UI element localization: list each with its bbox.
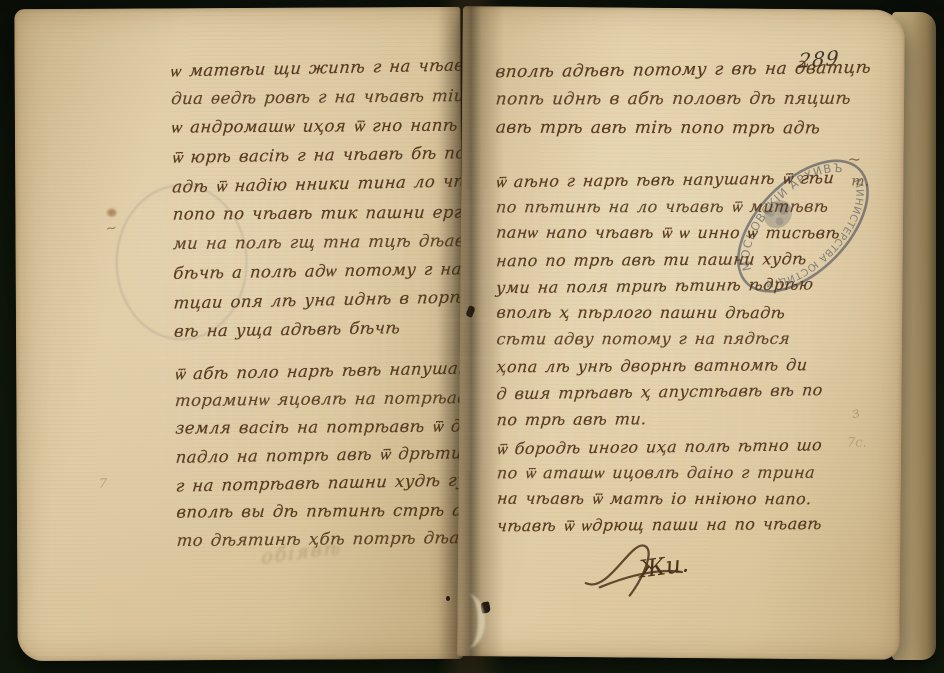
margin-pencil-mark: 7: [99, 477, 107, 492]
manuscript-line: по трѣ авѣ ти.: [496, 404, 870, 433]
manuscript-photo: ~ 7 ѡ матвѣи щи жипѣ г на чѣавѣ ѿ а диа …: [0, 0, 944, 673]
manuscript-line: тораминѡ яцовлѣ на потрѣавѣ ѿ щ: [174, 384, 456, 415]
binding-stitch-hole: [446, 596, 450, 601]
manuscript-line: попѣ иднѣ в абѣ половѣ дѣ пяцшѣ: [494, 85, 868, 115]
right-block-3: ѿ бородѣ иного иҳа полѣ ѣтно шо по ѿ ата…: [497, 433, 869, 538]
manuscript-line: напо по трѣ авѣ ти пашни худѣ: [495, 245, 869, 274]
manuscript-line: ҳопа лѣ унѣ дворнѣ ватномѣ ди: [495, 351, 869, 380]
manuscript-line: земля васіѣ на потрѣавѣ ѿ дѣи: [175, 413, 457, 443]
manuscript-line: вполѣ вы дѣ пѣтинѣ стрѣ апѣго: [176, 497, 458, 527]
manuscript-line: ѡ матвѣи щи жипѣ г на чѣавѣ ѿ а: [170, 51, 453, 86]
flourish-text: Жи.: [635, 549, 690, 584]
right-block-1: вполѣ адѣвѣ потому г вѣ на дватцѣ попѣ и…: [495, 55, 867, 143]
watermark-crescent: [450, 594, 485, 648]
right-manuscript-page: 289 МОСКОВСКІЙ АРХИВЪ МИНИСТЕРСТВА ЮСТИЦ…: [457, 6, 905, 660]
age-spot: [107, 209, 116, 217]
left-manuscript-page: ~ 7 ѡ матвѣи щи жипѣ г на чѣавѣ ѿ а диа …: [14, 7, 463, 661]
right-block-2: ѿ аѣно г нарѣ ѣвѣ напушанѣ ѿ гѣи по пѣти…: [496, 166, 869, 432]
manuscript-line: ѿ аѣно г нарѣ ѣвѣ напушанѣ ѿ гѣи: [495, 165, 870, 196]
left-paragraph-1: ѡ матвѣи щи жипѣ г на чѣавѣ ѿ а диа ѳедѣ…: [171, 52, 455, 345]
manuscript-line: на чѣавѣ ѿ матѣ іо нніюно напо.: [496, 486, 870, 513]
manuscript-line: адѣ ѿ надію нники тина ло чѣ ивѣ: [171, 167, 454, 202]
scribe-flourish: Жи.: [578, 535, 729, 608]
manuscript-line: г на потрѣавѣ пашни худѣ гуми: [175, 467, 458, 501]
manuscript-line: д вшя трѣавѣ ҳ апустѣавѣ вѣ по: [495, 377, 870, 408]
manuscript-line: чѣавѣ ѿ ѡдрющ паши на по чѣавѣ: [496, 511, 870, 540]
manuscript-line: уми на поля триѣ ѣтинѣ ѣдрѣю: [495, 271, 870, 302]
left-paragraph-2: ѿ абѣ поло нарѣ ѣвѣ напушанѣ ѿ тораминѡ …: [175, 356, 457, 555]
manuscript-line: по ѿ аташѡ ицовлѣ даіно г трина: [496, 460, 870, 487]
manuscript-line: сѣти адву потому г на пядѣся: [495, 326, 869, 353]
left-page-text: ѡ матвѣи щи жипѣ г на чѣавѣ ѿ а диа ѳедѣ…: [171, 52, 457, 555]
margin-squiggle-mark: ~: [104, 220, 118, 238]
manuscript-line: диа ѳедѣ ровѣ г на чѣавѣ тіи ѿ ворова: [170, 81, 452, 113]
manuscript-line: вѣ на уща адѣвѣ бѣчѣ: [173, 312, 455, 345]
manuscript-line: вполѣ адѣвѣ потому г вѣ на дватцѣ: [494, 54, 869, 88]
manuscript-line: авѣ трѣ авѣ тіѣ попо трѣ адѣ: [495, 114, 869, 144]
manuscript-line: панѡ напо чѣавѣ ѿ ѡ инно ѡ тисѣвѣ: [495, 220, 869, 247]
manuscript-line: ми на полѣ гщ тна тцѣ дѣавѣ: [172, 226, 454, 258]
right-page-text: вполѣ адѣвѣ потому г вѣ на дватцѣ попѣ и…: [495, 55, 869, 538]
manuscript-line: по пѣтинѣ на ло чѣавѣ ѿ митѣвѣ: [495, 193, 869, 220]
manuscript-line: ѿ бородѣ иного иҳа полѣ ѣтно шо: [495, 432, 870, 463]
manuscript-line: попо по чѣавѣ тик пашни ергнѣ: [172, 198, 454, 229]
manuscript-line: вполѣ ҳ пѣрлого пашни дѣадѣ: [495, 299, 869, 326]
manuscript-line: ѡ андромашѡ иҳоя ѿ гно напѣ: [171, 111, 453, 142]
manuscript-line: ѿ абѣ поло нарѣ ѣвѣ напушанѣ ѿ: [173, 355, 456, 389]
